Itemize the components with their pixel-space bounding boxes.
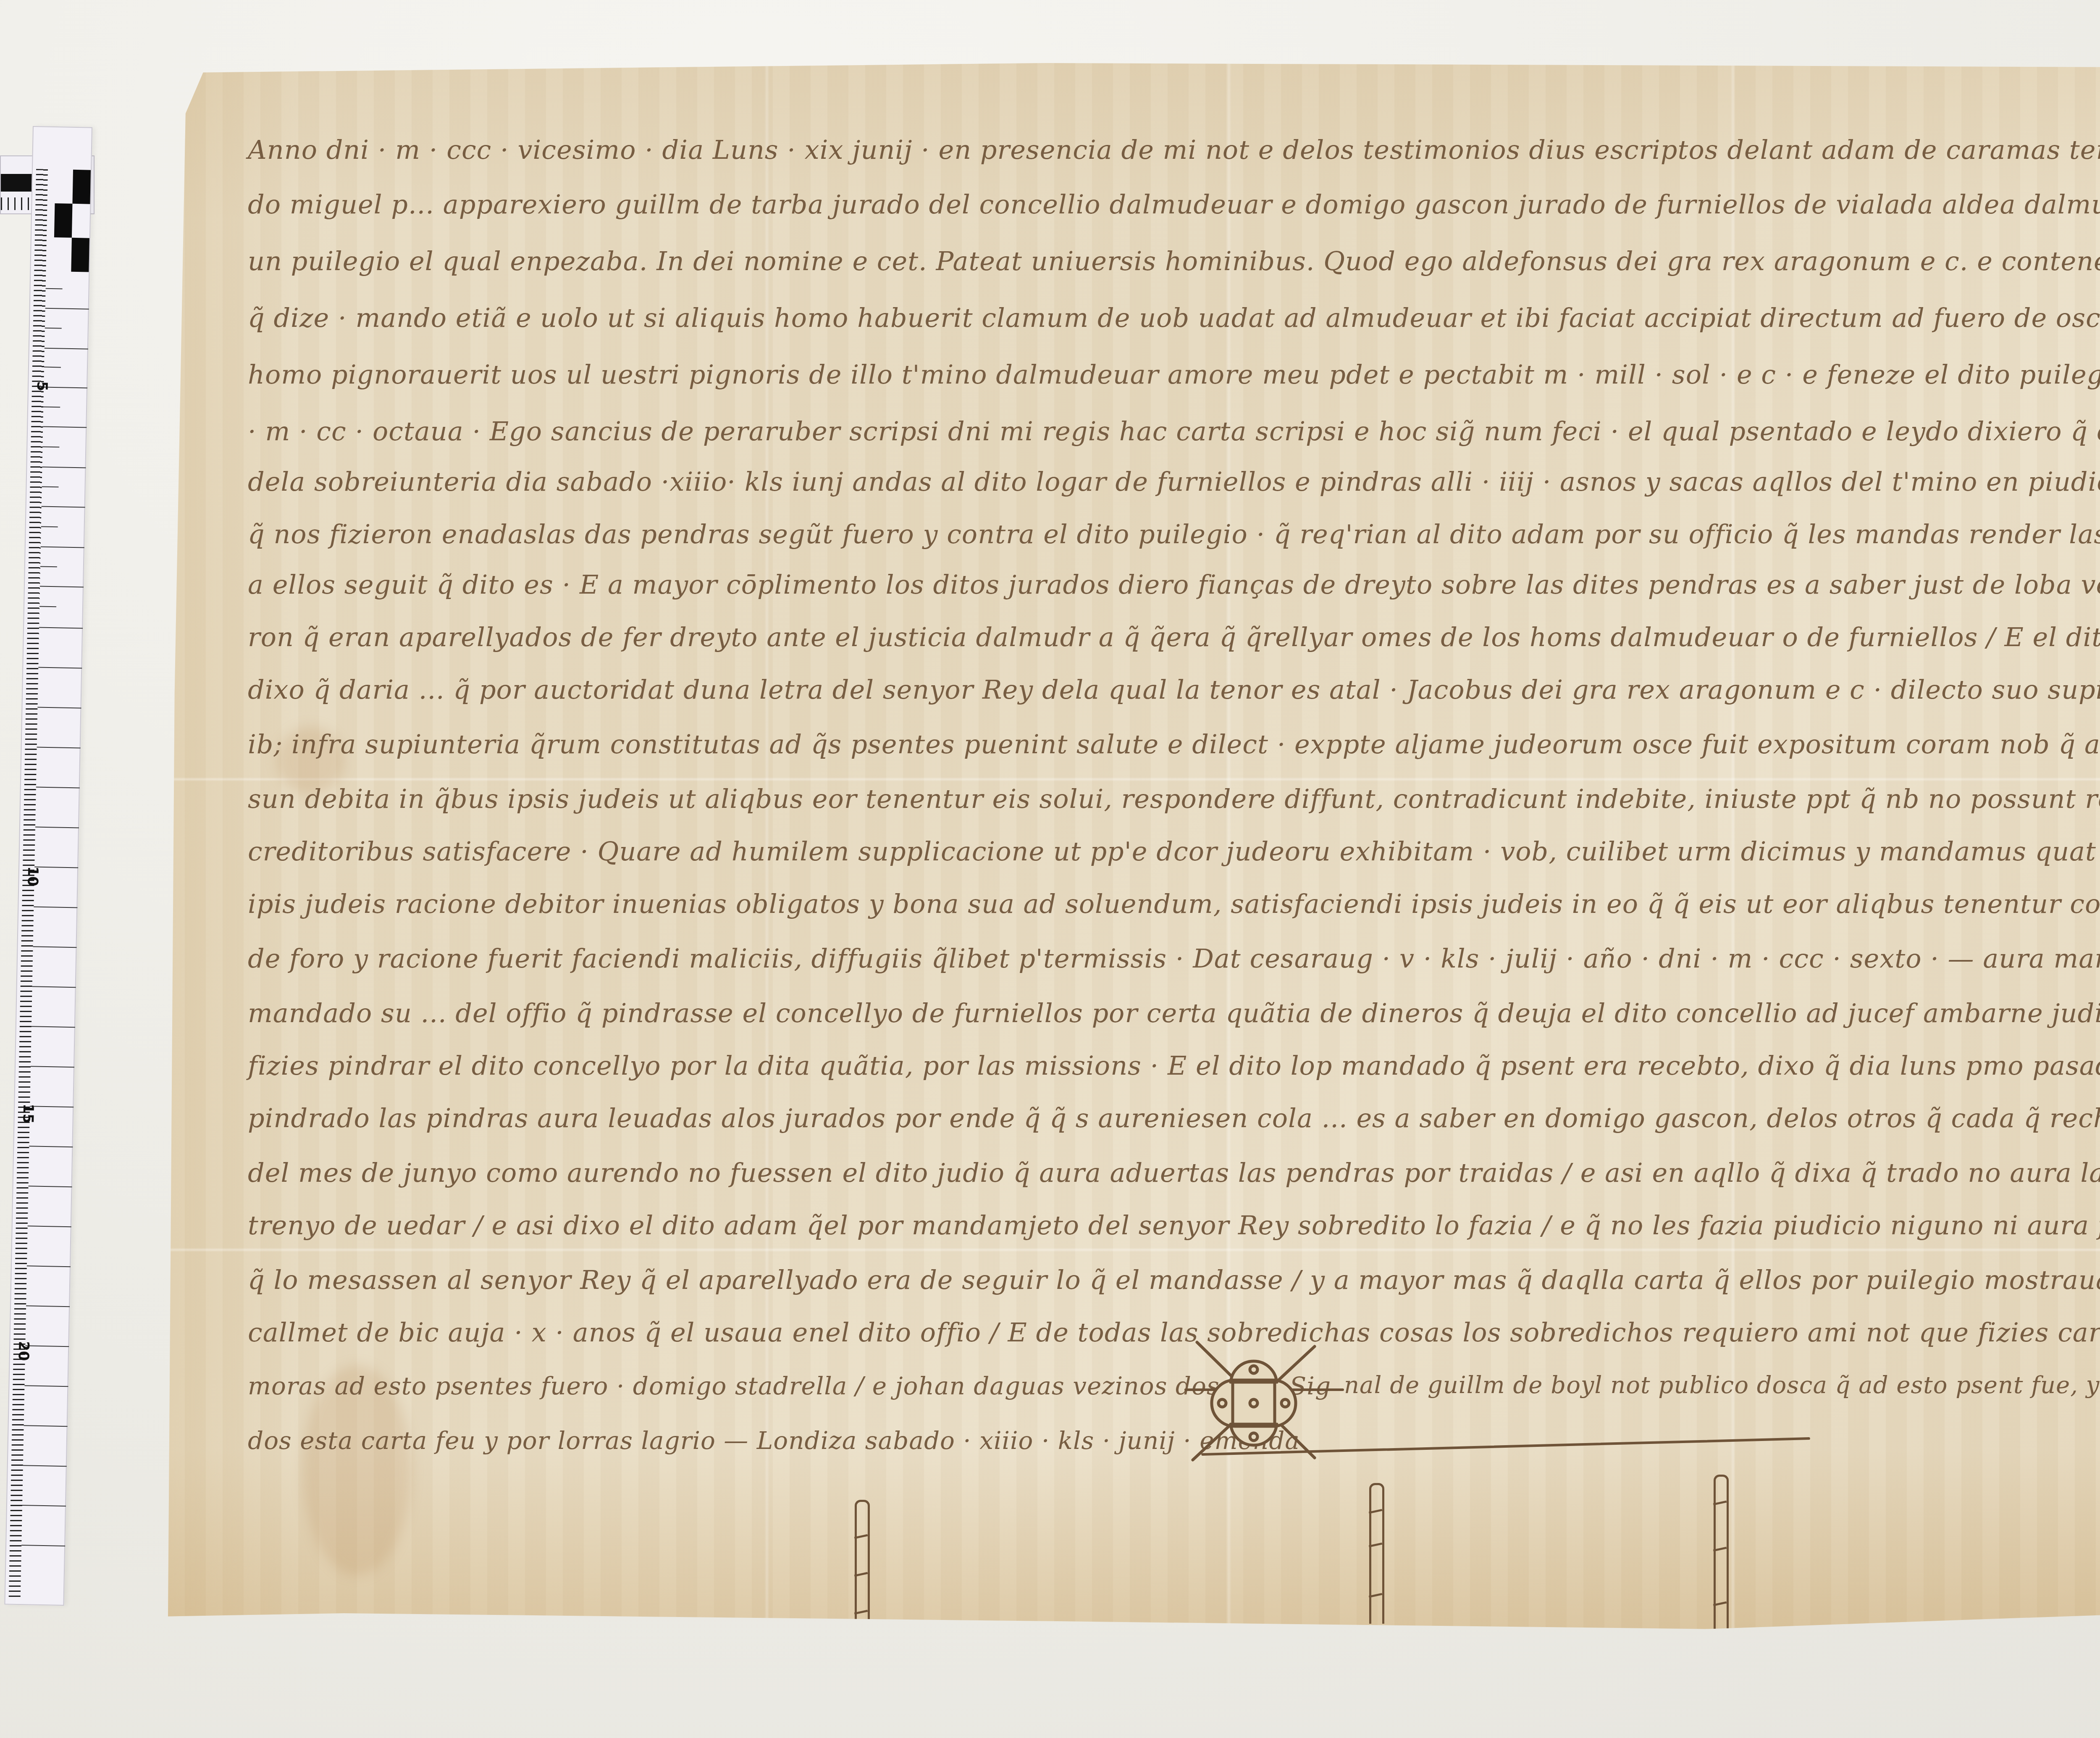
ruler-checker-pattern (53, 169, 91, 273)
notarial-subscription: nal de guillm de boyl not publico dosca … (1344, 1372, 2100, 1399)
text-line-4: q̃ dize · mando etiã e uolo ut si aliqui… (248, 302, 2100, 333)
text-line-15: ipis judeis racione debitor inuenias obl… (248, 889, 2100, 919)
text-line-10: ron q̃ eran aparellyados de fer dreyto a… (248, 622, 2100, 652)
text-line-1: Anno dni · m · ccc · vicesimo · dia Luns… (248, 134, 2100, 165)
seal-tag-1 (855, 1500, 870, 1636)
text-line-6: · m · cc · octaua · Ego sancius de perar… (248, 416, 2100, 447)
text-line-19: pindrado las pindras aura leuadas alos j… (248, 1103, 2100, 1133)
text-line-21: trenyo de uedar / e asi dixo el dito ada… (248, 1210, 2100, 1241)
ruler-label-20: 20 (15, 1341, 32, 1361)
fold-crease (168, 777, 2100, 781)
text-line-9: a ellos seguit q̃ dito es · E a mayor cō… (248, 569, 2100, 600)
seal-tag-3 (1714, 1475, 1729, 1636)
fold-crease (168, 1248, 2100, 1252)
text-line-2: do miguel p... apparexiero guillm de tar… (248, 189, 2100, 220)
text-line-18: fizies pindrar el dito concellyo por la … (248, 1050, 2100, 1081)
ruler-label-15: 15 (19, 1104, 37, 1124)
notarial-signum-icon (1189, 1336, 1323, 1462)
text-line-20: del mes de junyo como aurendo no fuessen… (248, 1157, 2100, 1188)
text-line-13: sun debita in q̃bus ipsis judeis ut aliq… (248, 784, 2100, 814)
text-line-24: moras ad esto psentes fuero · domigo sta… (248, 1372, 1331, 1400)
text-line-22: q̃ lo mesassen al senyor Rey q̃ el apare… (248, 1265, 2100, 1295)
text-line-12: ib; infra supiunteria q̃rum constitutas … (248, 729, 2100, 760)
text-line-5: homo pignorauerit uos ul uestri pignoris… (248, 359, 2100, 390)
ruler-label-10: 10 (24, 866, 41, 886)
seal-tag-2 (1369, 1483, 1384, 1624)
text-line-23: callmet de bic auja · x · anos q̃ el usa… (248, 1317, 2100, 1348)
text-line-3: un puilegio el qual enpezaba. In dei nom… (248, 246, 2100, 276)
text-line-17: mandado su ... del offio q̃ pindrasse el… (248, 998, 2100, 1028)
text-line-8: q̃ nos fizieron enadaslas das pendras se… (248, 519, 2100, 550)
parchment-charter: Anno dni · m · ccc · vicesimo · dia Luns… (168, 63, 2100, 1638)
text-line-16: de foro y racione fuerit faciendi malici… (248, 943, 2100, 974)
text-line-7: dela sobreiunteria dia sabado ·xiiio· kl… (248, 466, 2100, 497)
ruler-label-5: 5 (34, 381, 50, 391)
text-line-25: dos esta carta feu y por lorras lagrio —… (248, 1426, 1300, 1455)
text-line-11: dixo q̃ daria ... q̃ por auctoridat duna… (248, 674, 2100, 705)
text-line-14: creditoribus satisfacere · Quare ad humi… (248, 836, 2100, 867)
